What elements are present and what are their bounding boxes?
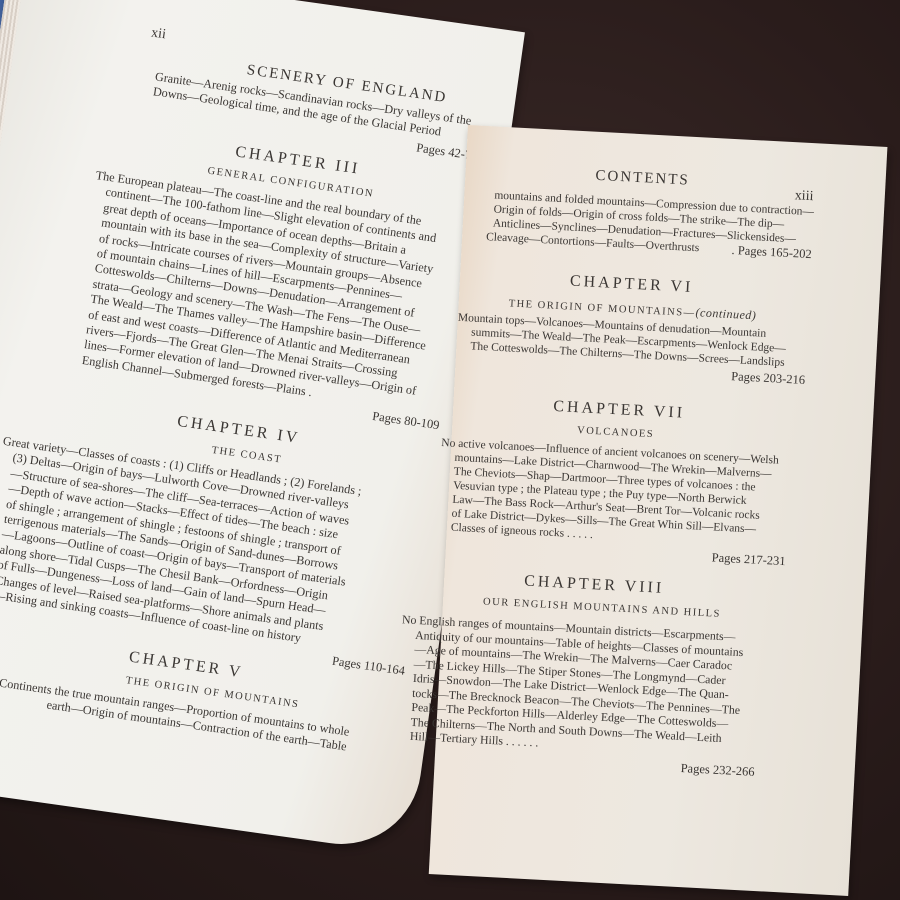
chapter-heading: CHAPTER VI [569,273,693,297]
chapter-pages: Pages 203-216 [685,367,806,388]
left-folio: xii [150,25,167,43]
chapter-title: VOLCANOES [577,425,655,440]
right-running-head: CONTENTS [595,168,690,190]
chapter-entry: No English ranges of mountains—Mountain … [396,612,745,760]
chapter-title-italic: (continued) [695,305,756,322]
chapter-title: THE COAST [211,445,283,466]
page-stack-edge [0,0,26,784]
right-folio: xiii [794,188,813,205]
chapter-heading: CHAPTER VII [553,398,686,423]
chapter-entry: The European plateau—The coast-line and … [69,168,444,415]
chapter-title: OUR ENGLISH MOUNTAINS AND HILLS [483,596,721,619]
chapter-pages: Pages 232-266 [634,759,755,780]
right-page: CONTENTS xiii mountains and folded mount… [429,125,888,896]
chapter-pages: Pages 110-164 [285,647,406,679]
photo-scene: ...s G Man xii SCENERY OF ENGLAND Granit… [0,0,900,900]
chapter-entry: No active volcanoes—Influence of ancient… [437,436,780,552]
chapter-entry: Great variety—Classes of coasts : (1) Cl… [0,434,362,652]
chapter-heading: CHAPTER IV [176,413,301,448]
chapter-heading: CHAPTER VIII [524,573,665,598]
